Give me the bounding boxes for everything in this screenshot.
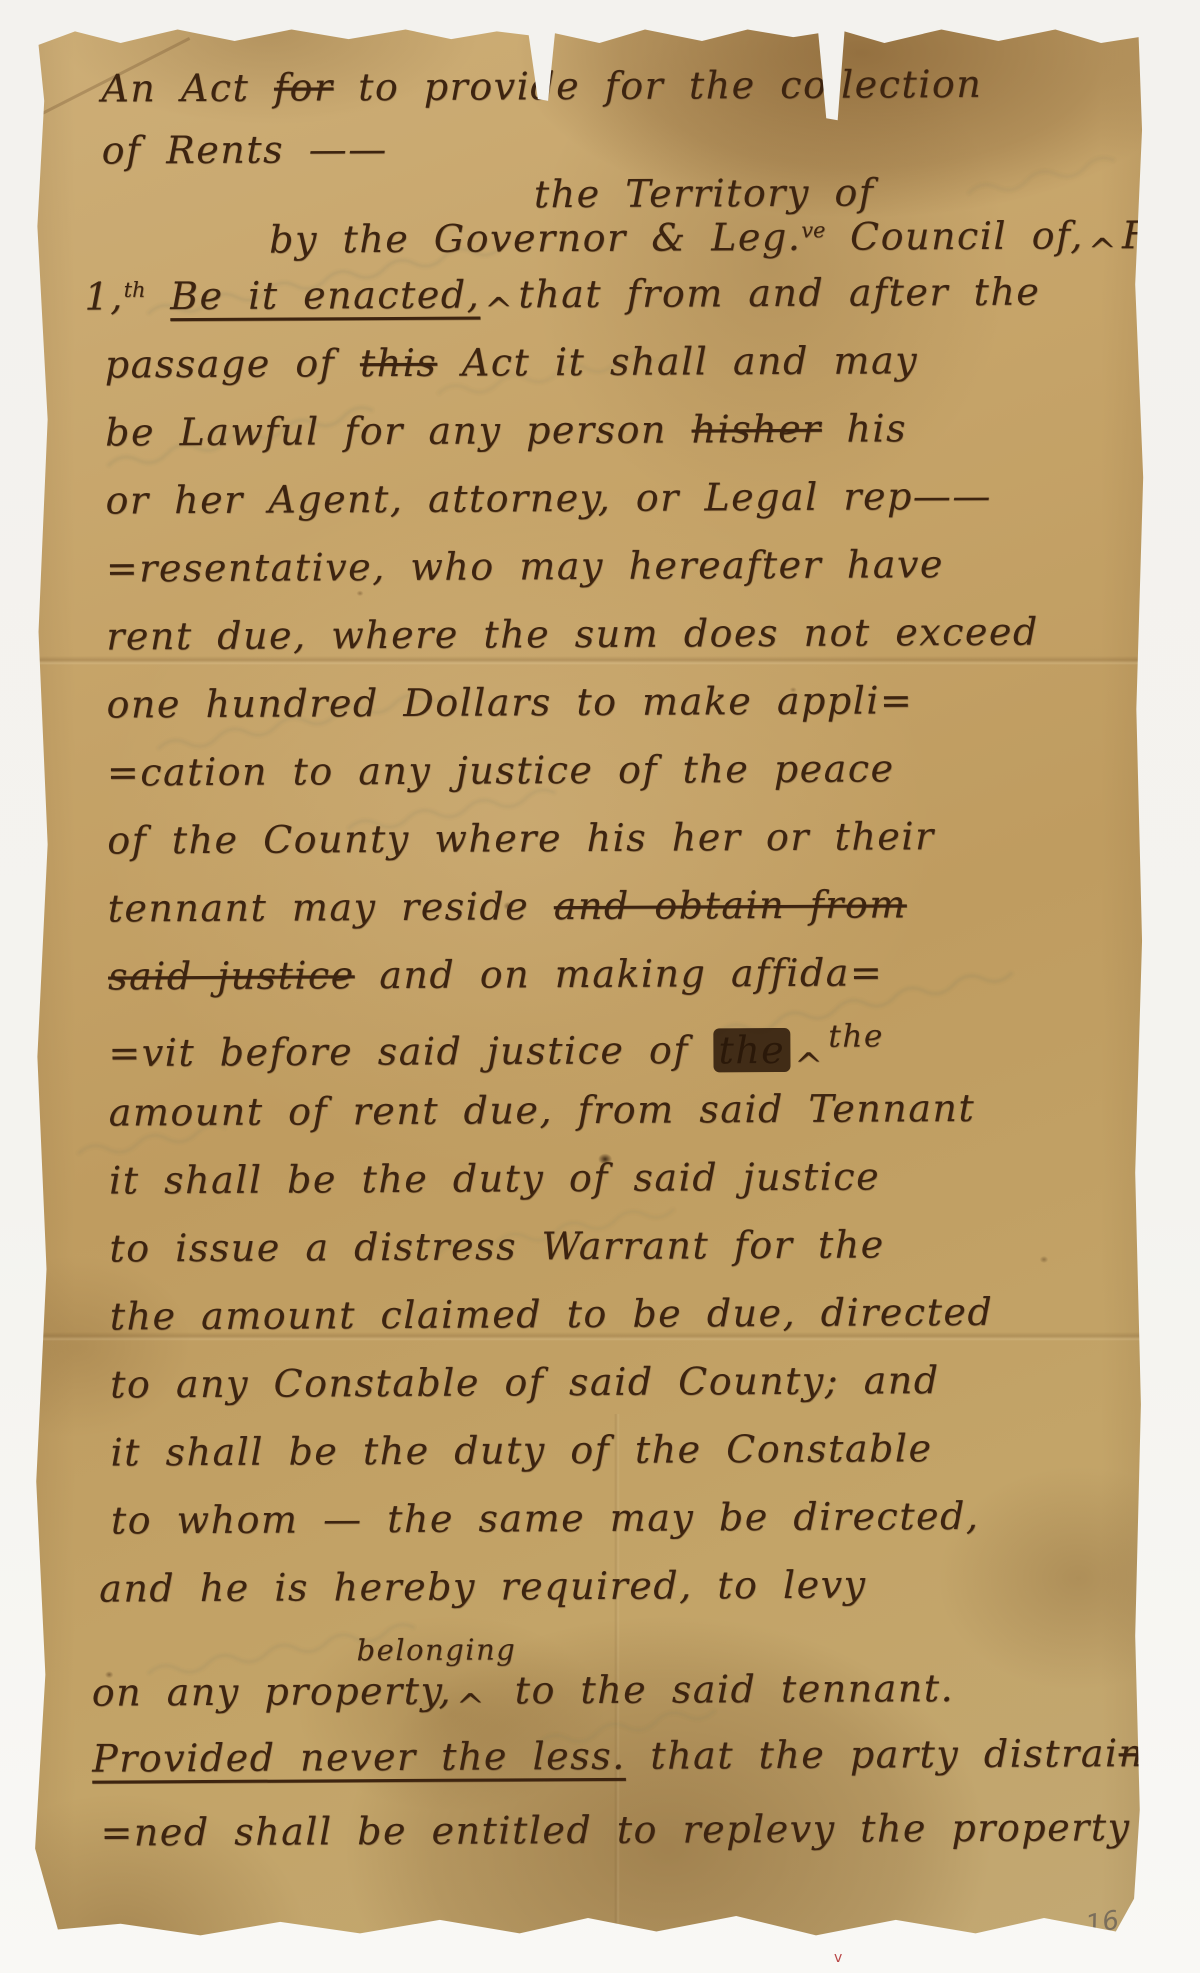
manuscript-segment: one hundred Dollars to make appli= (106, 678, 913, 726)
manuscript-line: belonging (21, 1629, 1161, 1671)
manuscript-segment-strike: and obtain from (554, 882, 907, 928)
red-mark: v (834, 1950, 842, 1966)
manuscript-line: said justice and on making affida= (18, 949, 1158, 1023)
manuscript-segment-u: Provided never the less. (92, 1734, 626, 1781)
manuscript-segment: Council of, (825, 213, 1084, 258)
manuscript-line: =resentative, who may hereafter have (16, 541, 1156, 615)
manuscript-line: to whom — the same may be directed, (21, 1493, 1161, 1567)
manuscript-segment: it shall be the duty of the Constable (110, 1426, 932, 1474)
manuscript-line: of Rents —— (14, 123, 1154, 175)
manuscript-segment-ins: the (828, 1018, 884, 1054)
manuscript-segment: it shall be the duty of said justice (109, 1154, 880, 1202)
page-number: 16 (1084, 1905, 1122, 1940)
manuscript-line: passage of this Act it shall and may (15, 337, 1155, 411)
manuscript-segment: to the said tennant. (490, 1666, 954, 1712)
manuscript-segment-strike: hisher (691, 407, 821, 452)
manuscript-line: one hundred Dollars to make appli= (16, 677, 1156, 751)
manuscript-line: =ned shall be entitled to replevy the pr… (22, 1805, 1162, 1879)
manuscript-segment: and on making affida= (355, 950, 884, 997)
manuscript-segment: passage of (105, 341, 360, 386)
manuscript-segment: of Rents —— (102, 127, 388, 172)
manuscript-segment: Florida (1122, 212, 1200, 257)
manuscript-segment: or her Agent, attorney, or Legal rep—— (105, 474, 992, 523)
manuscript-segment: =ned shall be entitled to replevy the pr… (100, 1805, 1130, 1854)
manuscript-line: rent due, where the sum does not exceed (16, 609, 1156, 683)
manuscript-line: on any property,^ to the said tennant. (22, 1665, 1162, 1737)
manuscript-segment-strike: this (360, 341, 438, 385)
manuscript-segment: =cation to any justice of the peace (107, 746, 895, 794)
manuscript-line: amount of rent due, from said Tennant (19, 1085, 1159, 1159)
manuscript-segment: belonging (356, 1632, 516, 1667)
manuscript-segment: to whom — the same may be directed, (111, 1494, 980, 1543)
manuscript-line: it shall be the duty of said justice (19, 1153, 1159, 1227)
manuscript-segment-blot: the (713, 1028, 790, 1072)
manuscript-segment: that the party distrai (626, 1731, 1119, 1778)
manuscript-segment: to any Constable of said County; and (110, 1358, 940, 1406)
manuscript-lines: An Act for to provide for the collection… (13, 61, 1162, 1879)
manuscript-segment: =vit before said justice of (108, 1028, 713, 1075)
manuscript-segment-caret: ^ (1088, 232, 1118, 272)
manuscript-segment: tennant may reside (108, 884, 554, 930)
manuscript-segment: An Act (101, 66, 274, 111)
manuscript-segment: his (822, 406, 907, 450)
manuscript-segment: that from and after the (518, 270, 1040, 317)
manuscript-line: An Act for to provide for the collection (13, 61, 1153, 129)
manuscript-segment: rent due, where the sum does not exceed (106, 610, 1039, 659)
manuscript-segment: to issue a distress Warrant for the (109, 1222, 885, 1270)
scanned-document: An Act for to provide for the collection… (0, 0, 1200, 1973)
manuscript-segment (145, 274, 170, 318)
manuscript-segment-strike: said justice (108, 953, 355, 998)
manuscript-segment-u: Be it enacted, (170, 273, 480, 319)
manuscript-line: it shall be the duty of the Constable (20, 1425, 1160, 1499)
manuscript-line: and he is hereby required, to levy (21, 1561, 1161, 1635)
manuscript-segment-sup: th (124, 278, 146, 302)
manuscript-segment-caret: ^ (484, 291, 514, 331)
manuscript-segment: 1, (84, 274, 123, 318)
manuscript-segment: of the County where his her or their (107, 814, 935, 862)
manuscript-line: 1,th Be it enacted,^that from and after … (14, 269, 1154, 343)
manuscript-text: An Act for to provide for the collection… (13, 61, 1162, 1879)
manuscript-line: the amount claimed to be due, directed (20, 1289, 1160, 1363)
manuscript-line: to issue a distress Warrant for the (19, 1221, 1159, 1295)
manuscript-line: the Territory of (14, 169, 1154, 219)
manuscript-line: of the County where his her or their (17, 813, 1157, 887)
manuscript-segment-strike: for (274, 65, 334, 109)
manuscript-segment: to provide for the collection (333, 62, 982, 109)
manuscript-line: =vit before said justice of the^the (18, 1017, 1158, 1091)
manuscript-segment: the Territory of (534, 170, 875, 216)
manuscript-segment: be Lawful for any person (105, 407, 692, 454)
manuscript-segment: and he is hereby required, to levy (99, 1563, 867, 1611)
manuscript-segment: by the Governor & Leg. (269, 215, 801, 262)
manuscript-segment: on any property, (92, 1669, 452, 1715)
manuscript-line: tennant may reside and obtain from (18, 881, 1158, 955)
manuscript-segment: amount of rent due, from said Tennant (109, 1086, 976, 1135)
manuscript-line: to any Constable of said County; and (20, 1357, 1160, 1431)
manuscript-line: be Lawful for any person hisher his (15, 405, 1155, 479)
manuscript-paper: An Act for to provide for the collection… (18, 14, 1158, 1945)
manuscript-line: by the Governor & Leg.ve Council of,^Flo… (14, 213, 1154, 275)
manuscript-line: or her Agent, attorney, or Legal rep—— (15, 473, 1155, 547)
manuscript-line: Provided never the less. that the party … (22, 1731, 1162, 1811)
manuscript-segment-sup: ve (801, 218, 825, 242)
manuscript-line: =cation to any justice of the peace (17, 745, 1157, 819)
manuscript-segment-caret: ^ (794, 1046, 824, 1086)
manuscript-segment: the amount claimed to be due, directed (110, 1290, 994, 1339)
manuscript-segment: Act it shall and may (437, 338, 918, 385)
manuscript-segment-caret: ^ (456, 1687, 486, 1727)
manuscript-segment-strike: ned (1118, 1731, 1194, 1775)
manuscript-segment: =resentative, who may hereafter have (106, 542, 944, 590)
